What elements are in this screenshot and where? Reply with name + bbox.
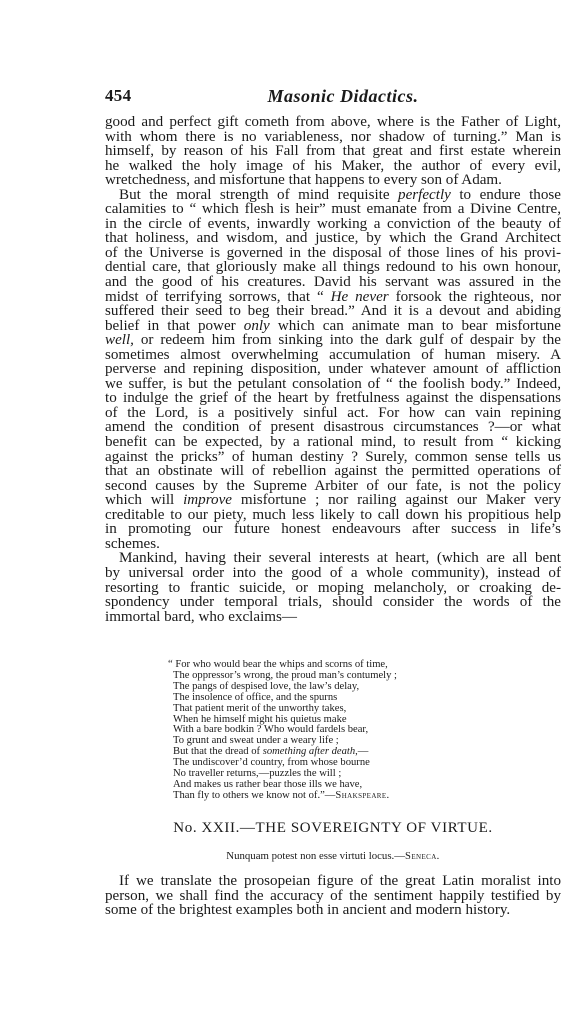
- section-title: No. XXII.—THE SOVEREIGNTY OF VIRTUE.: [105, 820, 561, 837]
- text-line: in the circle of events, inwardly workin…: [105, 217, 561, 232]
- text-line: perverse and repining disposition, under…: [105, 362, 561, 377]
- text-line: against the pricks” of human destiny ? S…: [105, 450, 561, 465]
- text-line: dential care, that gloriously make all t…: [105, 260, 561, 275]
- running-head: 454 Masonic Didactics.: [105, 86, 561, 108]
- text-line: which will improve misfortune ; nor rail…: [105, 493, 561, 508]
- epigraph-text: Nunquam potest non esse virtuti locus.—: [226, 850, 405, 862]
- text-line: and the good of his creatures. David his…: [105, 275, 561, 290]
- text-line: benefit can be expected, by a rational m…: [105, 435, 561, 450]
- text-line: belief in that power only which can anim…: [105, 319, 561, 334]
- text-line: midst of terrifying sorrows, that “ He n…: [105, 290, 561, 305]
- running-title: Masonic Didactics.: [105, 86, 561, 107]
- text-line: person, we shall find the accuracy of th…: [105, 889, 561, 904]
- text-line: second causes by the Supreme Arbiter of …: [105, 479, 561, 494]
- text-line: well, or redeem him from sinking into th…: [105, 333, 561, 348]
- verse-attribution: Shakspeare.: [335, 790, 389, 801]
- text-line: amend the condition of present disastrou…: [105, 420, 561, 435]
- text-line: If we translate the prosopeian figure of…: [105, 874, 561, 889]
- text-segment: which will: [105, 492, 183, 508]
- verse-quotation: “ For who would bear the whips and scorn…: [168, 660, 397, 802]
- text-line: Mankind, having their several interests …: [105, 551, 561, 566]
- text-line: in promoting our future honest endeavour…: [105, 522, 561, 537]
- text-line: by universal order into the good of a wh…: [105, 566, 561, 581]
- text-line: wretchedness, and misfortune that happen…: [105, 173, 561, 188]
- text-segment: ,—: [355, 746, 368, 757]
- italic-emphasis: well,: [105, 332, 134, 348]
- epigraph-author: Seneca.: [405, 851, 440, 862]
- text-segment: or redeem him from sinking into the dark…: [134, 332, 561, 348]
- text-line: with whom there is no variableness, nor …: [105, 130, 561, 145]
- text-line: we suffer, is but the petulant consolati…: [105, 377, 561, 392]
- text-line: schemes.: [105, 537, 561, 552]
- book-page: 454 Masonic Didactics. good and perfect …: [0, 0, 586, 1020]
- text-segment: But that the dread of: [173, 746, 263, 757]
- text-line: himself, by reason of his Fall from that…: [105, 144, 561, 159]
- text-line: suffered their seed to beg their bread.”…: [105, 304, 561, 319]
- text-line: creditable to our piety, much less likel…: [105, 508, 561, 523]
- text-line: some of the brightest examples both in a…: [105, 903, 561, 918]
- epigraph: Nunquam potest non esse virtuti locus.—S…: [105, 850, 561, 862]
- text-line: good and perfect gift cometh from above,…: [105, 115, 561, 130]
- italic-emphasis: something after death: [263, 746, 355, 757]
- text-line: resorting to frantic suicide, or moping …: [105, 581, 561, 596]
- text-line: sometimes almost overwhelming accumulati…: [105, 348, 561, 363]
- italic-emphasis: improve: [183, 492, 232, 508]
- section-opening-paragraph: If we translate the prosopeian figure of…: [105, 874, 561, 918]
- text-line: of the Universe is governed in the dispo…: [105, 246, 561, 261]
- text-line: he walked the holy image of his Maker, t…: [105, 159, 561, 174]
- text-line: immortal bard, who exclaims—: [105, 610, 561, 625]
- verse-line: Than fly to others we know not of.”—Shak…: [168, 791, 397, 802]
- text-line: But the moral strength of mind requisite…: [105, 188, 561, 203]
- text-line: that an obstinate will of rebellion agai…: [105, 464, 561, 479]
- text-line: to indulge the grief of the heart by fre…: [105, 391, 561, 406]
- text-line: of the Lord, is a positively sinful act.…: [105, 406, 561, 421]
- verse-line: That patient merit of the unworthy takes…: [168, 704, 397, 715]
- text-segment: misfortune ; nor railing against our Mak…: [232, 492, 561, 508]
- text-line: calamities to “ which flesh is heir” mus…: [105, 202, 561, 217]
- text-line: that holiness, and wisdom, and justice, …: [105, 231, 561, 246]
- verse-line: The insolence of office, and the spurns: [168, 693, 397, 704]
- body-text: good and perfect gift cometh from above,…: [105, 115, 561, 624]
- text-line: spondency under temporal trials, should …: [105, 595, 561, 610]
